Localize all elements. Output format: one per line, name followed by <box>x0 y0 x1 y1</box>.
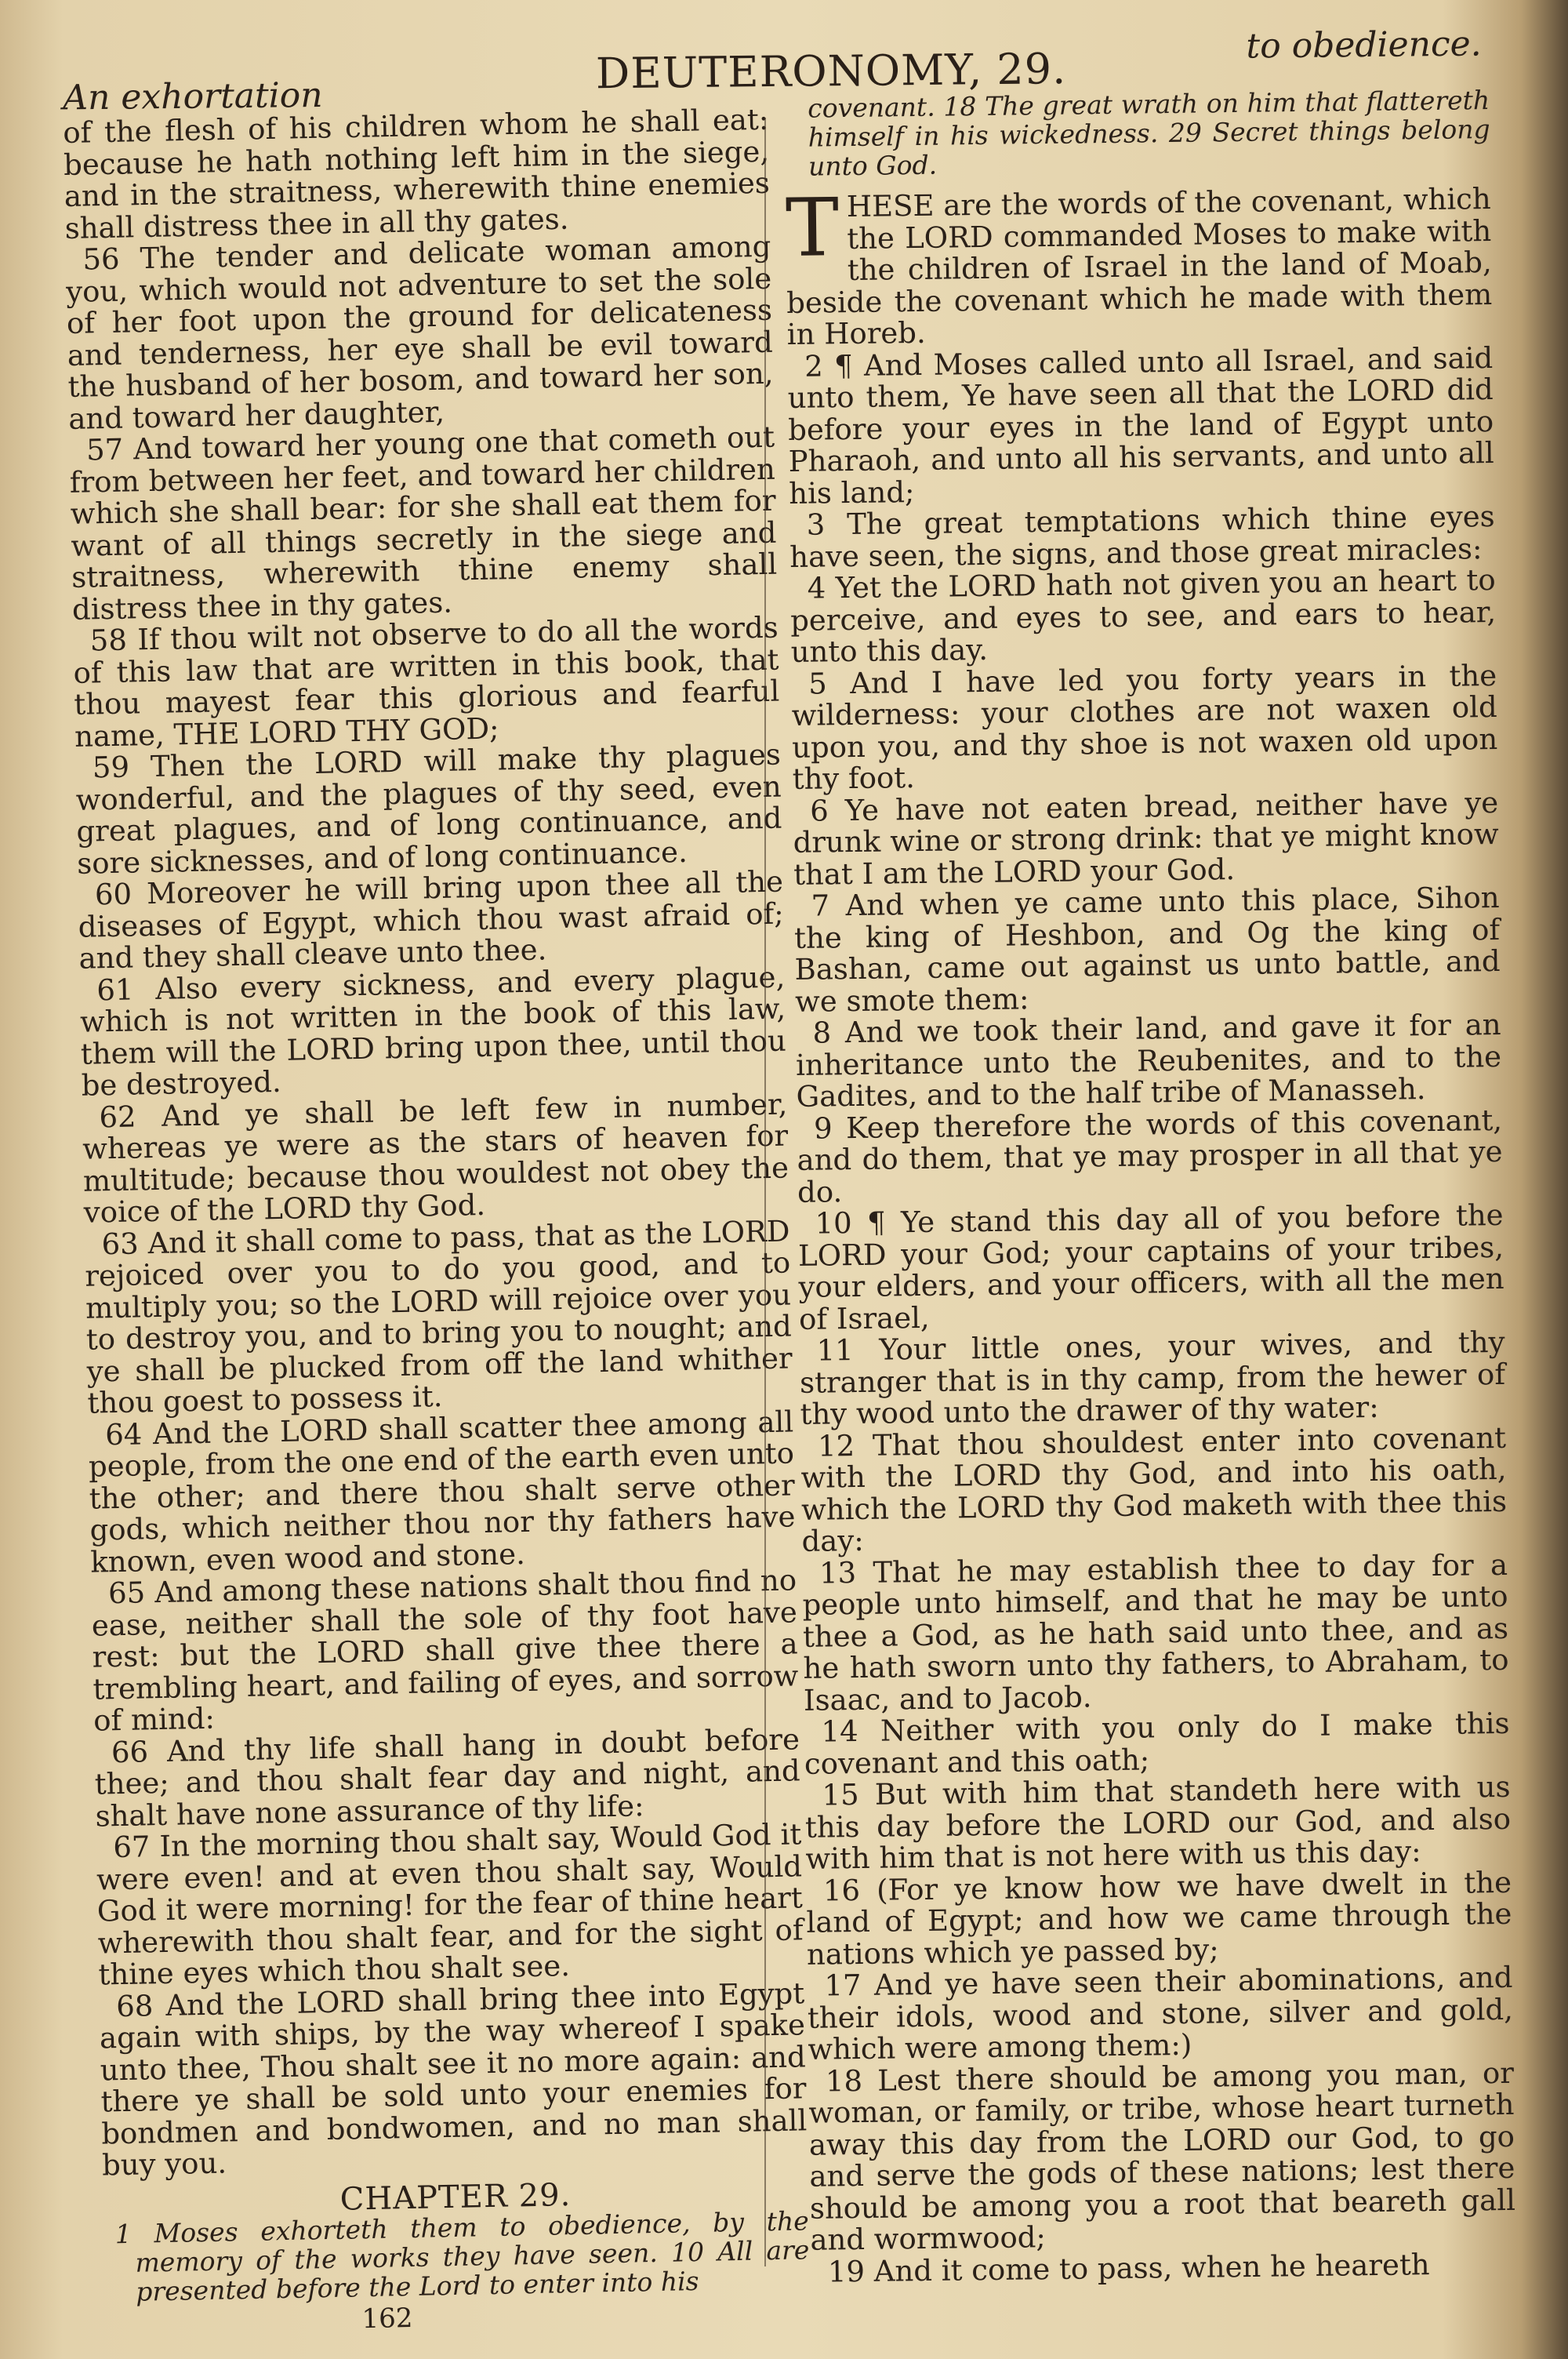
verse-number: 59 <box>93 750 151 784</box>
verse-number: 5 <box>808 667 851 701</box>
right-column: covenant. 18 The great wrath on him that… <box>784 85 1516 2288</box>
verse-text: And it shall come to pass, that as the L… <box>85 1214 793 1420</box>
verse-text: And among these nations shalt thou find … <box>92 1563 799 1737</box>
verse-number: 6 <box>810 794 845 828</box>
verse-number: 16 <box>823 1873 877 1907</box>
chapter-summary-part2: covenant. 18 The great wrath on him that… <box>784 85 1490 181</box>
verse-text: And ye shall be left few in number, wher… <box>82 1087 789 1230</box>
verse-number: 56 <box>82 242 140 276</box>
verse-text: The tender and delicate woman among you,… <box>66 230 774 436</box>
verse: 17 And ye have seen their abominations, … <box>807 1962 1513 2066</box>
verse: 18 Lest there should be among you man, o… <box>808 2057 1516 2256</box>
verse: 6 Ye have not eaten bread, neither have … <box>793 787 1499 890</box>
verse-number: 64 <box>105 1417 154 1452</box>
verse-number: 18 <box>826 2063 878 2098</box>
verse-text: Keep therefore the words of this covenan… <box>797 1103 1502 1209</box>
verse-1-text: HESE are the words of the covenant, whic… <box>786 182 1492 351</box>
verse-text: And the LORD shall scatter thee among al… <box>89 1405 796 1579</box>
verse-text: (For ye know how we have dwelt in the la… <box>806 1865 1512 1971</box>
verse-number: 63 <box>101 1227 148 1261</box>
verse: 62 And ye shall be left few in number, w… <box>82 1089 789 1229</box>
verse-number: 15 <box>822 1778 875 1812</box>
continuation-text: of the flesh of his children whom he sha… <box>63 104 771 245</box>
verse-text: That thou shouldest enter into covenant … <box>800 1420 1507 1558</box>
verse: 12 That thou shouldest enter into covena… <box>800 1422 1508 1558</box>
verse-text: Ye have not eaten bread, neither have ye… <box>793 785 1498 891</box>
verse-text: Lest there should be among you man, or w… <box>808 2055 1515 2256</box>
verse-number: 2 ¶ <box>804 348 864 383</box>
right-verse-list: 2 ¶ And Moses called unto all Israel, an… <box>787 342 1516 2288</box>
verse-number: 66 <box>111 1734 168 1768</box>
verse-number: 68 <box>116 1988 166 2023</box>
verse-number: 9 <box>814 1111 847 1145</box>
verse: 57 And toward her young one that cometh … <box>69 422 778 626</box>
verse-text: And when ye came unto this place, Sihon … <box>794 881 1501 1018</box>
verse: 16 (For ye know how we have dwelt in the… <box>806 1866 1512 1970</box>
verse: 3 The great temptations which thine eyes… <box>789 501 1495 573</box>
verse-number: 7 <box>811 889 845 923</box>
verse: 14 Neither with you only do I make this … <box>804 1708 1510 1780</box>
verse: 11 Your little ones, your wives, and thy… <box>799 1327 1505 1430</box>
verse-text: And the LORD shall bring thee into Egypt… <box>100 1976 808 2183</box>
verse: 64 And the LORD shall scatter thee among… <box>88 1406 797 1579</box>
verse: 63 And it shall come to pass, that as th… <box>84 1216 793 1419</box>
verse: 8 And we took their land, and gave it fo… <box>795 1009 1501 1113</box>
verse-text: And Moses called unto all Israel, and sa… <box>787 340 1494 510</box>
verse-text: Then the LORD will make thy plagues wond… <box>75 738 782 881</box>
verse-text: And thy life shall hang in doubt before … <box>94 1722 800 1833</box>
verse: 13 That he may establish thee to day for… <box>802 1549 1509 1716</box>
verse-text: But with him that standeth here with us … <box>805 1770 1511 1876</box>
verse-number: 17 <box>824 1968 874 2003</box>
left-verse-list: 56 The tender and delicate woman among y… <box>65 231 808 2182</box>
verse: 2 ¶ And Moses called unto all Israel, an… <box>787 342 1494 509</box>
verse: 19 And it come to pass, when he heareth <box>811 2248 1516 2288</box>
verse: 4 Yet the LORD hath not given you an hea… <box>789 565 1496 668</box>
verse-number: 13 <box>819 1555 873 1590</box>
verse: 66 And thy life shall hang in doubt befo… <box>94 1724 801 1833</box>
verse-text: And I have led you forty years in the wi… <box>791 658 1497 795</box>
verse-text: In the morning thou shalt say, Would God… <box>96 1817 804 1991</box>
verse-text: The great temptations which thine eyes h… <box>789 500 1495 573</box>
verse-number: 10 ¶ <box>815 1205 901 1240</box>
verse: 59 Then the LORD will make thy plagues w… <box>75 740 783 880</box>
verse-text: That he may establish thee to day for a … <box>802 1547 1508 1717</box>
verse-number: 57 <box>86 432 134 467</box>
verse: 10 ¶ Ye stand this day all of you before… <box>797 1200 1504 1336</box>
verse-number: 8 <box>812 1016 845 1050</box>
verse-text: Neither with you only do I make this cov… <box>804 1707 1510 1780</box>
header-right: to obedience. <box>1246 24 1482 66</box>
verse: 65 And among these nations shalt thou fi… <box>91 1565 800 1737</box>
verse-text: Ye stand this day all of you before the … <box>798 1198 1504 1336</box>
column-divider <box>764 118 766 2266</box>
verse: 58 If thou wilt not observe to do all th… <box>72 612 780 753</box>
verse: 61 Also every sickness, and every plague… <box>79 961 787 1102</box>
verse-text: And we took their land, and gave it for … <box>796 1008 1501 1114</box>
verse-number: 4 <box>807 571 836 605</box>
verse: 56 The tender and delicate woman among y… <box>65 231 774 435</box>
left-column: of the flesh of his children whom he sha… <box>63 104 811 2340</box>
verse-number: 65 <box>108 1576 155 1610</box>
verse-number: 12 <box>818 1428 873 1463</box>
verse-number: 58 <box>89 623 137 657</box>
verse: 15 But with him that standeth here with … <box>804 1772 1511 1875</box>
verse-number: 67 <box>113 1830 160 1864</box>
verse: 67 In the morning thou shalt say, Would … <box>96 1819 804 1991</box>
chapter-summary-part1: 1 Moses exhorteth them to obedience, by … <box>103 2206 810 2306</box>
verse-text: And toward her young one that cometh out… <box>70 420 778 627</box>
verse-text: And ye have seen their abominations, and… <box>808 1961 1513 2066</box>
drop-cap: T <box>786 196 840 261</box>
verse-1: THESE are the words of the covenant, whi… <box>786 184 1493 351</box>
verse-number: 3 <box>806 507 847 542</box>
verse-number: 62 <box>99 1099 162 1134</box>
verse-text: And it come to pass, when he heareth <box>874 2248 1430 2288</box>
verse: 60 Moreover he will bring upon thee all … <box>78 867 785 976</box>
verse: 7 And when ye came unto this place, Siho… <box>793 882 1501 1018</box>
verse-text: Also every sickness, and every plague, w… <box>80 960 786 1103</box>
verse-text: Your little ones, your wives, and thy st… <box>800 1325 1505 1431</box>
verse-text: If thou wilt not observe to do all the w… <box>73 611 779 754</box>
verse-number: 61 <box>96 972 156 1006</box>
verse-number: 60 <box>95 877 147 911</box>
verse-number: 11 <box>816 1333 879 1368</box>
verse: 5 And I have led you forty years in the … <box>791 660 1498 795</box>
verse: 9 Keep therefore the words of this coven… <box>797 1104 1503 1208</box>
verse-number: 19 <box>828 2254 874 2288</box>
verse-text: Yet the LORD hath not given you an heart… <box>790 563 1496 669</box>
verse: 68 And the LORD shall bring thee into Eg… <box>99 1978 808 2182</box>
verse-number: 14 <box>821 1714 880 1749</box>
bible-page: An exhortation DEUTERONOMY, 29. to obedi… <box>0 0 1521 2359</box>
verse-text: Moreover he will bring upon thee all the… <box>78 865 784 976</box>
